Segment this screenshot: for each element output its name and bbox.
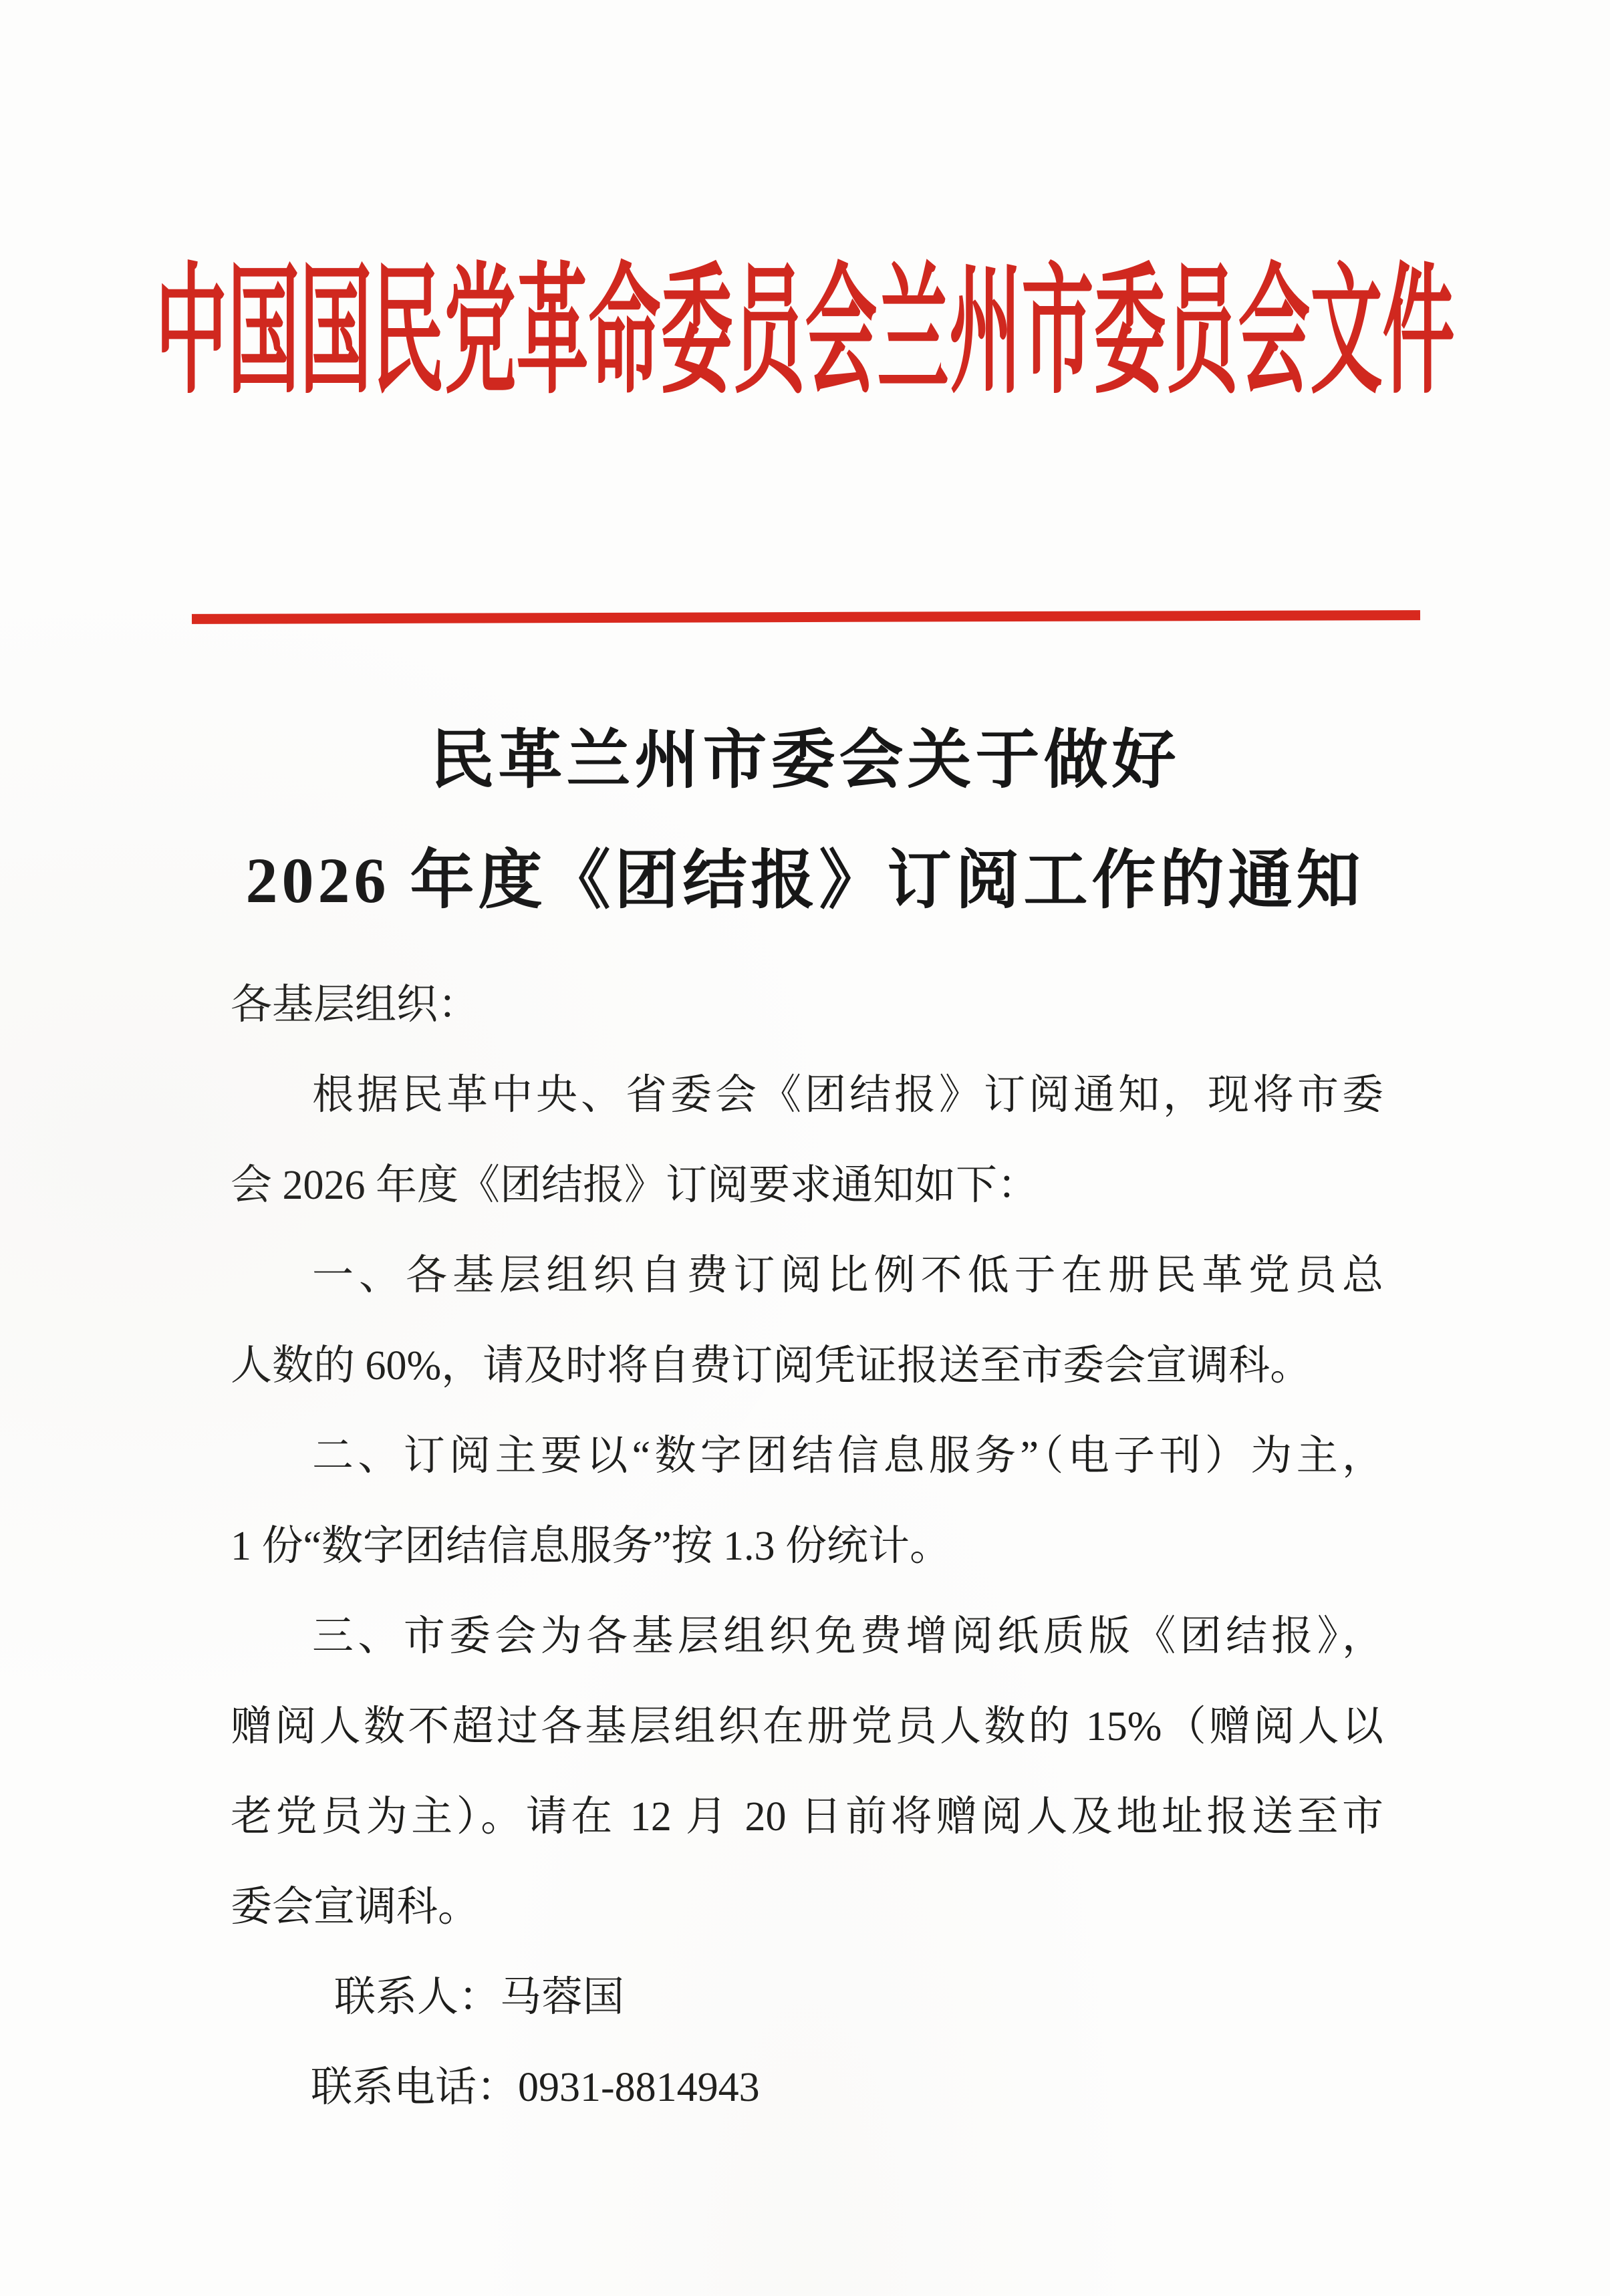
document-line: 委会宣调科。 — [231, 1862, 1383, 1953]
document-line: 联系电话：0931-8814943 — [231, 2043, 1383, 2133]
document-line: 赠阅人数不超过各基层组织在册党员人数的 15%（赠阅人以 — [231, 1682, 1383, 1772]
document-line: 老党员为主）。请在 12 月 20 日前将赠阅人及地址报送至市 — [231, 1772, 1383, 1862]
document-title-line1: 民革兰州市委会关于做好 — [0, 720, 1610, 801]
document-line: 各基层组织： — [231, 960, 1383, 1050]
document-line: 人数的 60%，请及时将自费订阅凭证报送至市委会宣调科。 — [231, 1321, 1383, 1411]
document-line: 根据民革中央、省委会《团结报》订阅通知，现将市委 — [231, 1050, 1383, 1141]
document-page: 中国国民党革命委员会兰州市委员会文件 民革兰州市委会关于做好 2026 年度《团… — [0, 0, 1610, 2296]
body-lines: 各基层组织：根据民革中央、省委会《团结报》订阅通知，现将市委会 2026 年度《… — [231, 960, 1383, 2133]
document-line: 1 份“数字团结信息服务”按 1.3 份统计。 — [231, 1501, 1383, 1592]
document-line: 三、市委会为各基层组织免费增阅纸质版《团结报》， — [231, 1592, 1383, 1682]
document-line: 二、订阅主要以“数字团结信息服务”（电子刊）为主， — [231, 1411, 1383, 1501]
document-line: 联系人：马蓉国 — [231, 1953, 1383, 2043]
letterhead-title: 中国国民党革命委员会兰州市委员会文件 — [0, 252, 1610, 416]
document-title: 民革兰州市委会关于做好 2026 年度《团结报》订阅工作的通知 — [0, 720, 1610, 921]
red-divider-line — [192, 610, 1420, 624]
document-line: 会 2026 年度《团结报》订阅要求通知如下： — [231, 1141, 1383, 1231]
document-line: 一、各基层组织自费订阅比例不低于在册民革党员总 — [231, 1231, 1383, 1321]
document-title-line2: 2026 年度《团结报》订阅工作的通知 — [0, 841, 1610, 921]
